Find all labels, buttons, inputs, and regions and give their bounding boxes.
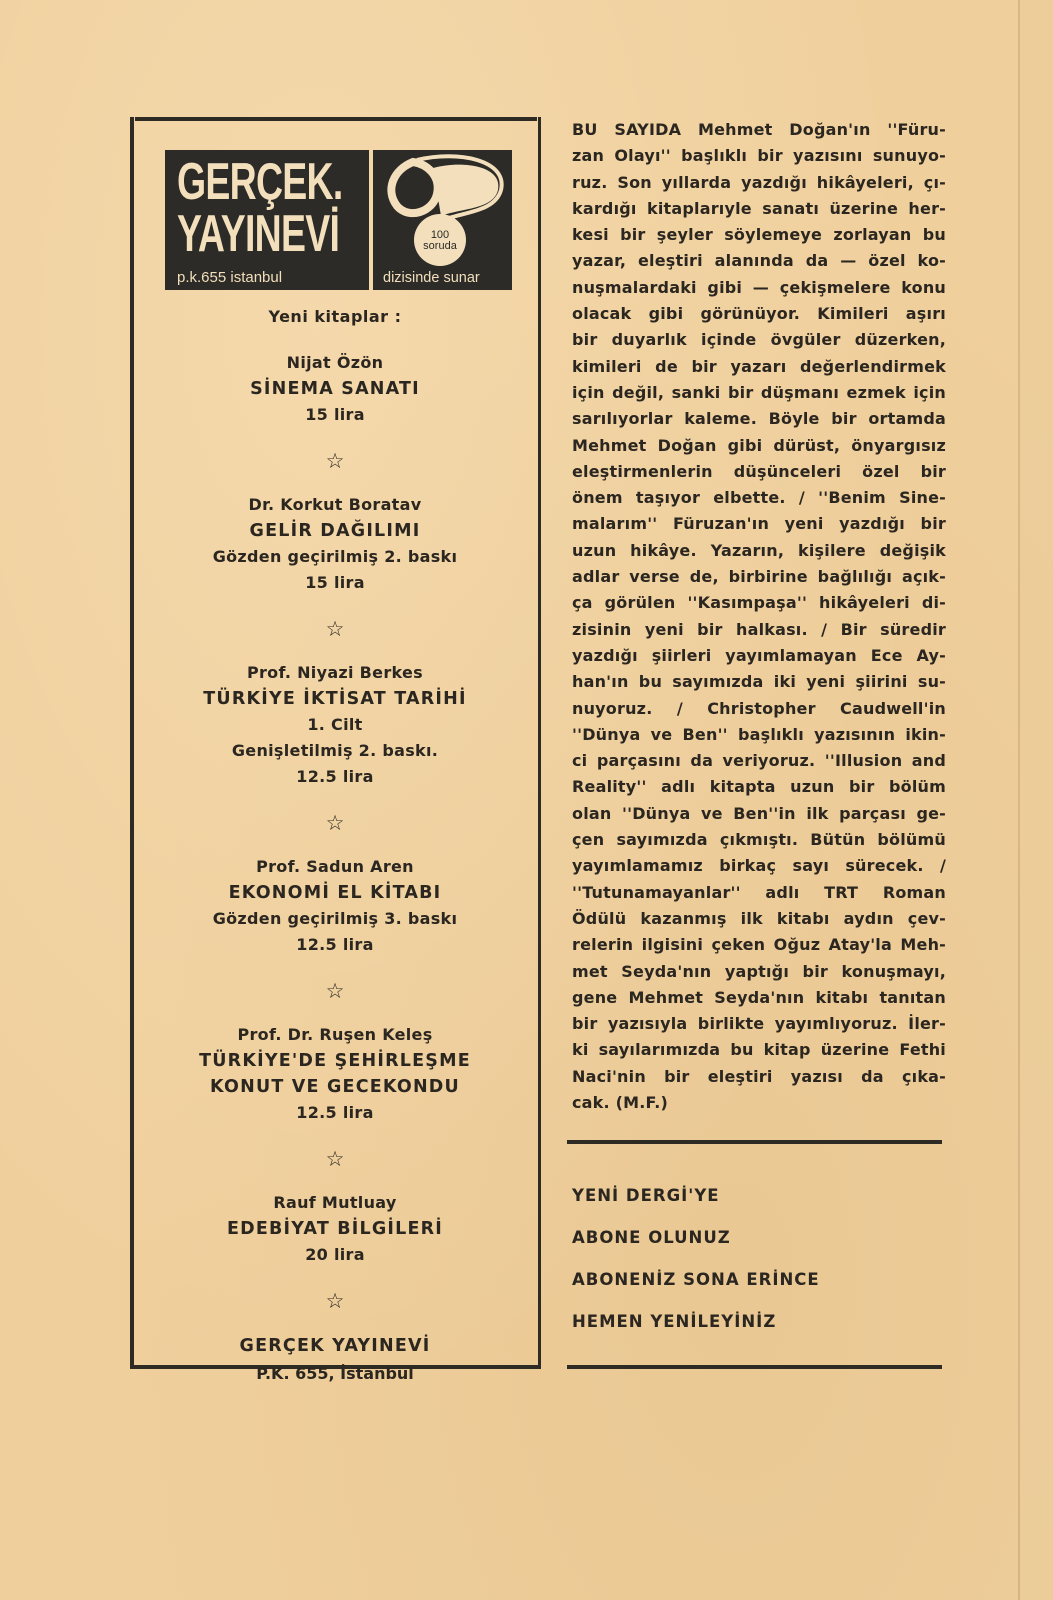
editorial-line: gene Mehmet Seyda'nın kitabı tanıtan	[572, 985, 946, 1011]
editorial-line: kesi bir şeyler söylemeye zorlayan bu	[572, 222, 946, 248]
question-mark-icon	[373, 150, 512, 290]
editorial-line: kimileri de bir yazarı değerlendirmek	[572, 354, 946, 380]
star-icon: ☆	[135, 1144, 535, 1174]
book-price: 12.5 lira	[135, 1100, 535, 1126]
page-fold-shade	[1020, 0, 1053, 1600]
logo-address: p.k.655 istanbul	[177, 269, 282, 286]
star-icon: ☆	[135, 614, 535, 644]
series-badge: 100 soruda	[415, 230, 465, 252]
editorial-line: bir duyarlık içinde övgüler düzerken,	[572, 327, 946, 353]
editorial-line: yayımlamamız birkaç sayı sürecek. /	[572, 853, 946, 879]
subscription-line: HEMEN YENİLEYİNİZ	[572, 1301, 820, 1343]
book-title: SİNEMA SANATI	[135, 376, 535, 402]
editorial-line: Ödülü kazanmış ilk kitabı aydın çev-	[572, 906, 946, 932]
editorial-line: Mehmet Doğan gibi dürüst, önyargısız	[572, 433, 946, 459]
editorial-line: önem taşıyor elbette. / ''Benim Sine-	[572, 485, 946, 511]
editorial-line: uzun hikâye. Yazarın, kişilere değişik	[572, 538, 946, 564]
editorial-line: zisinin yeni bir halkası. / Bir süredir	[572, 617, 946, 643]
book-item: Prof. Niyazi Berkes TÜRKİYE İKTİSAT TARİ…	[135, 660, 535, 790]
subscription-bottom-rule	[567, 1365, 942, 1369]
editorial-line: adlar verse de, birbirine bağlılığı açık…	[572, 564, 946, 590]
star-icon: ☆	[135, 808, 535, 838]
book-list: Yeni kitaplar : Nijat Özön SİNEMA SANATI…	[135, 300, 535, 1388]
book-price: 15 lira	[135, 402, 535, 428]
editorial-line: BU SAYIDA Mehmet Doğan'ın ''Füru-	[572, 117, 946, 143]
subscription-line: ABONE OLUNUZ	[572, 1217, 820, 1259]
editorial-line: eleştirmenlerin düşünceleri özel bir	[572, 459, 946, 485]
editorial-line: met Seyda'nın yaptığı bir konuşmayı,	[572, 959, 946, 985]
editorial-line: yazar, eleştiri alanında da — özel ko-	[572, 248, 946, 274]
editorial-line: bir yazısıyla birlikte yayımlıyoruz. İle…	[572, 1011, 946, 1037]
book-item: Nijat Özön SİNEMA SANATI 15 lira	[135, 350, 535, 428]
badge-label: soruda	[415, 241, 465, 252]
editorial-line: cak. (M.F.)	[572, 1090, 946, 1116]
book-price: 20 lira	[135, 1242, 535, 1268]
editorial-line: han'ın bu sayımızda iki yeni şiirini su-	[572, 669, 946, 695]
book-title: EDEBİYAT BİLGİLERİ	[135, 1216, 535, 1242]
book-item: Prof. Sadun Aren EKONOMİ EL KİTABI Gözde…	[135, 854, 535, 958]
page-fold-line	[1018, 0, 1020, 1600]
editorial-line: olacak gibi görünüyor. Kimileri aşırı	[572, 301, 946, 327]
editorial-line: ki sayılarımızda bu kitap üzerine Fethi	[572, 1037, 946, 1063]
star-icon: ☆	[135, 976, 535, 1006]
book-author: Prof. Niyazi Berkes	[135, 660, 535, 686]
editorial-line: olan ''Dünya ve Ben''in ilk parçası ge-	[572, 801, 946, 827]
book-note: 1. Cilt	[135, 712, 535, 738]
editorial-note: BU SAYIDA Mehmet Doğan'ın ''Füru- zan Ol…	[572, 117, 946, 1116]
editorial-line: yazdığı şiirleri yayımlamayan Ece Ay-	[572, 643, 946, 669]
book-title: EKONOMİ EL KİTABI	[135, 880, 535, 906]
book-price: 15 lira	[135, 570, 535, 596]
subscription-line: ABONENİZ SONA ERİNCE	[572, 1259, 820, 1301]
book-list-heading: Yeni kitaplar :	[135, 307, 535, 326]
book-note: Gözden geçirilmiş 2. baskı	[135, 544, 535, 570]
book-author: Prof. Dr. Ruşen Keleş	[135, 1022, 535, 1048]
book-author: Nijat Özön	[135, 350, 535, 376]
publisher-address: P.K. 655, İstanbul	[135, 1360, 535, 1388]
book-price: 12.5 lira	[135, 764, 535, 790]
editorial-line: ruz. Son yıllarda yazdığı hikâyeleri, çı…	[572, 170, 946, 196]
editorial-line: ça görülen ''Kasımpaşa'' hikâyeleri di-	[572, 590, 946, 616]
book-title: GELİR DAĞILIMI	[135, 518, 535, 544]
book-author: Dr. Korkut Boratav	[135, 492, 535, 518]
editorial-line: Naci'nin bir eleştiri yazısı da çıka-	[572, 1064, 946, 1090]
editorial-line: nuşmalardaki gibi — çekişmelere konu	[572, 275, 946, 301]
subscription-notice: YENİ DERGİ'YE ABONE OLUNUZ ABONENİZ SONA…	[572, 1175, 820, 1343]
editorial-line: Reality'' adlı kitapta uzun bir bölüm	[572, 774, 946, 800]
editorial-line: ''Dünya ve Ben'' başlıklı yazısının ikin…	[572, 722, 946, 748]
publisher-name: GERÇEK YAYINEVİ	[135, 1332, 535, 1360]
book-subtitle: KONUT VE GECEKONDU	[135, 1074, 535, 1100]
book-note: Gözden geçirilmiş 3. baskı	[135, 906, 535, 932]
series-logo: 100 soruda dizisinde sunar	[373, 150, 512, 290]
book-item: Dr. Korkut Boratav GELİR DAĞILIMI Gözden…	[135, 492, 535, 596]
series-caption: dizisinde sunar	[383, 270, 480, 286]
star-icon: ☆	[135, 1286, 535, 1316]
book-price: 12.5 lira	[135, 932, 535, 958]
subscription-top-rule	[567, 1140, 942, 1144]
editorial-line: zan Olayı'' başlıklı bir yazısını sunuyo…	[572, 143, 946, 169]
publisher-logo: GERÇEK. YAYINEVİ p.k.655 istanbul 100 so…	[165, 150, 512, 290]
book-title: TÜRKİYE'DE ŞEHİRLEŞME	[135, 1048, 535, 1074]
editorial-line: sarılıyorlar kaleme. Böyle bir ortamda	[572, 406, 946, 432]
editorial-line: malarım'' Füruzan'ın yeni yazdığı bir	[572, 511, 946, 537]
book-item: Rauf Mutluay EDEBİYAT BİLGİLERİ 20 lira	[135, 1190, 535, 1268]
book-note: Genişletilmiş 2. baskı.	[135, 738, 535, 764]
logo-word-gercek: GERÇEK.	[177, 156, 343, 208]
book-author: Prof. Sadun Aren	[135, 854, 535, 880]
logo-word-yayinevi: YAYINEVİ	[177, 208, 339, 260]
editorial-line: için değil, sanki bir düşmanı ezmek için	[572, 380, 946, 406]
editorial-line: nuyoruz. / Christopher Caudwell'in	[572, 696, 946, 722]
subscription-line: YENİ DERGİ'YE	[572, 1175, 820, 1217]
star-icon: ☆	[135, 446, 535, 476]
publisher-logo-wordmark: GERÇEK. YAYINEVİ p.k.655 istanbul	[165, 150, 369, 290]
book-title: TÜRKİYE İKTİSAT TARİHİ	[135, 686, 535, 712]
editorial-line: relerin ilgisini çeken Oğuz Atay'la Meh-	[572, 932, 946, 958]
book-item: Prof. Dr. Ruşen Keleş TÜRKİYE'DE ŞEHİRLE…	[135, 1022, 535, 1126]
editorial-line: ci parçasını da veriyoruz. ''Illusion an…	[572, 748, 946, 774]
editorial-line: çen sayımızda çıkmıştı. Bütün bölümü	[572, 827, 946, 853]
book-author: Rauf Mutluay	[135, 1190, 535, 1216]
editorial-line: ''Tutunamayanlar'' adlı TRT Roman	[572, 880, 946, 906]
editorial-line: kardığı kitaplarıyle sanatı üzerine her-	[572, 196, 946, 222]
